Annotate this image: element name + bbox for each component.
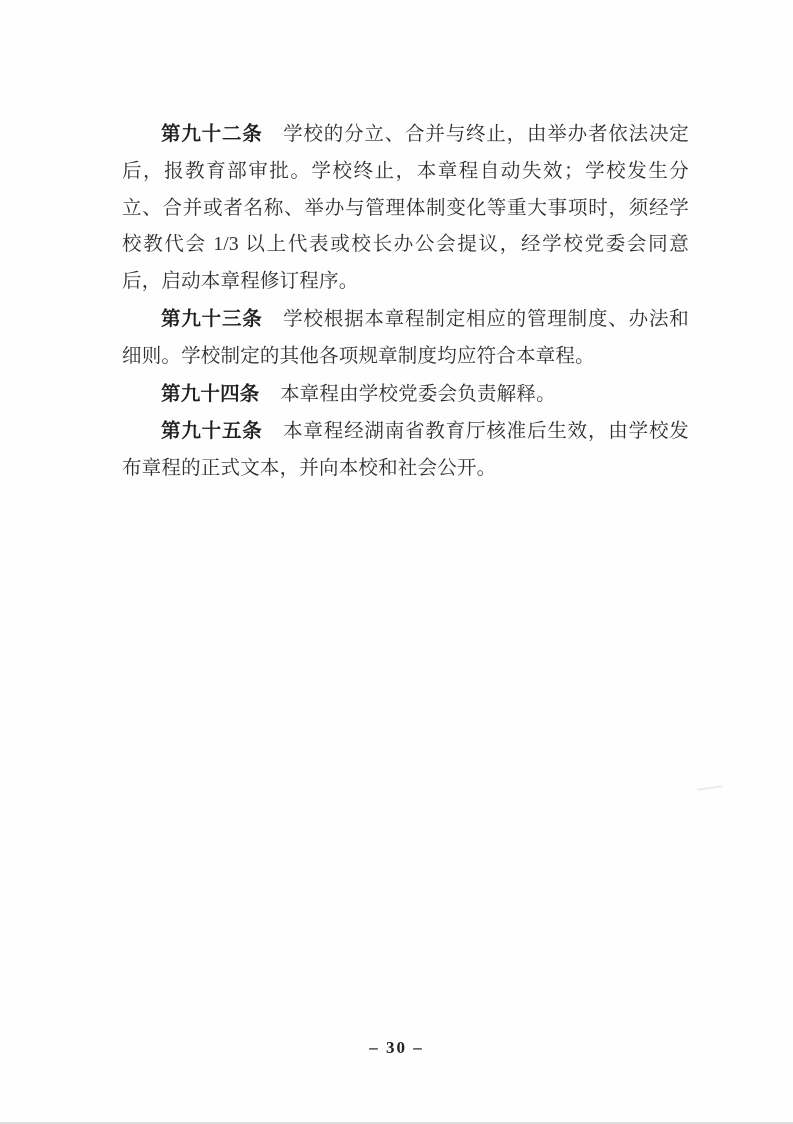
article-number: 第九十二条 <box>161 123 263 145</box>
page-number: – 30 – <box>369 1038 424 1057</box>
article-text: 学校的分立、合并与终止，由举办者依法决定后，报教育部审批。学校终止，本章程自动失… <box>122 124 689 292</box>
page-footer: – 30 – <box>0 1038 793 1058</box>
charter-paragraph: 第九十三条学校根据本章程制定相应的管理制度、办法和细则。学校制定的其他各项规章制… <box>122 301 689 376</box>
charter-paragraph: 第九十二条学校的分立、合并与终止，由举办者依法决定后，报教育部审批。学校终止，本… <box>122 116 689 301</box>
article-number: 第九十五条 <box>161 420 263 442</box>
article-text: 本章程由学校党委会负责解释。 <box>280 384 556 405</box>
article-number: 第九十三条 <box>161 308 263 330</box>
charter-paragraph: 第九十五条本章程经湖南省教育厅核准后生效，由学校发布章程的正式文本，并向本校和社… <box>122 413 689 488</box>
charter-paragraph: 第九十四条本章程由学校党委会负责解释。 <box>122 376 689 414</box>
article-number: 第九十四条 <box>161 383 260 405</box>
scan-artifact <box>697 785 723 791</box>
charter-text-block: 第九十二条学校的分立、合并与终止，由举办者依法决定后，报教育部审批。学校终止，本… <box>122 116 689 488</box>
document-page: 第九十二条学校的分立、合并与终止，由举办者依法决定后，报教育部审批。学校终止，本… <box>0 0 793 1124</box>
